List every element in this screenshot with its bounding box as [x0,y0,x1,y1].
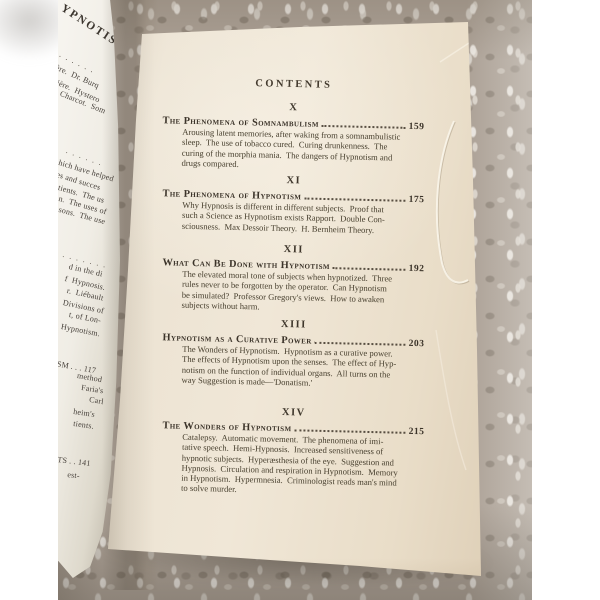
chapter-section: XIIWhat Can Be Done with Hypnotism192The… [148,241,431,316]
photo-margin-right [532,0,600,600]
chapter-description: Why Hypnosis is different in different s… [182,200,427,236]
chapter-page-number: 203 [409,339,425,349]
book-photo-scene: YPNOTISM. . . . . .ère. Dr. Burqtrière. … [0,0,600,600]
dotted-leader [304,190,406,202]
chapter-section: XIThe Phenomena of Hypnotism175Why Hypno… [149,172,432,236]
chapter-description: Arousing latent memories, after waking f… [181,127,426,174]
chapter-section: XIIIHypnotism as a Curative Power203The … [148,316,431,391]
left-page-text-fragment: Hypnotism. [60,322,101,338]
left-page-text-fragment: Faria's [81,383,105,395]
dotted-leader [315,334,406,346]
left-page-text-fragment: heim's [73,407,96,419]
left-page-text-fragment: TS . . 141 [57,455,91,468]
chapter-description: The Wonders of Hypnotism. Hypnotism as a… [181,344,426,391]
dotted-leader [294,421,405,434]
left-page-text-fragment: Carl [89,395,105,406]
chapter-page-number: 159 [409,122,425,132]
chapter-page-number: 215 [409,427,425,437]
left-page-text-fragment: method [76,371,102,384]
dotted-leader [333,259,406,271]
left-page-text-fragment: tients. [73,419,95,431]
chapter-description: The elevated moral tone of subjects when… [181,269,426,316]
dotted-leader [322,117,406,129]
chapter-section: XThe Phenomena of Somnambulism159Arousin… [148,99,431,174]
chapter-page-number: 175 [409,195,425,205]
left-page-text-fragment: est- [67,470,80,480]
chapter-description: Catalepsy. Automatic movement. The pheno… [181,432,426,499]
chapter-page-number: 192 [409,264,425,274]
chapter-section: XIVThe Wonders of Hypnotism215Catalepsy.… [148,404,432,499]
